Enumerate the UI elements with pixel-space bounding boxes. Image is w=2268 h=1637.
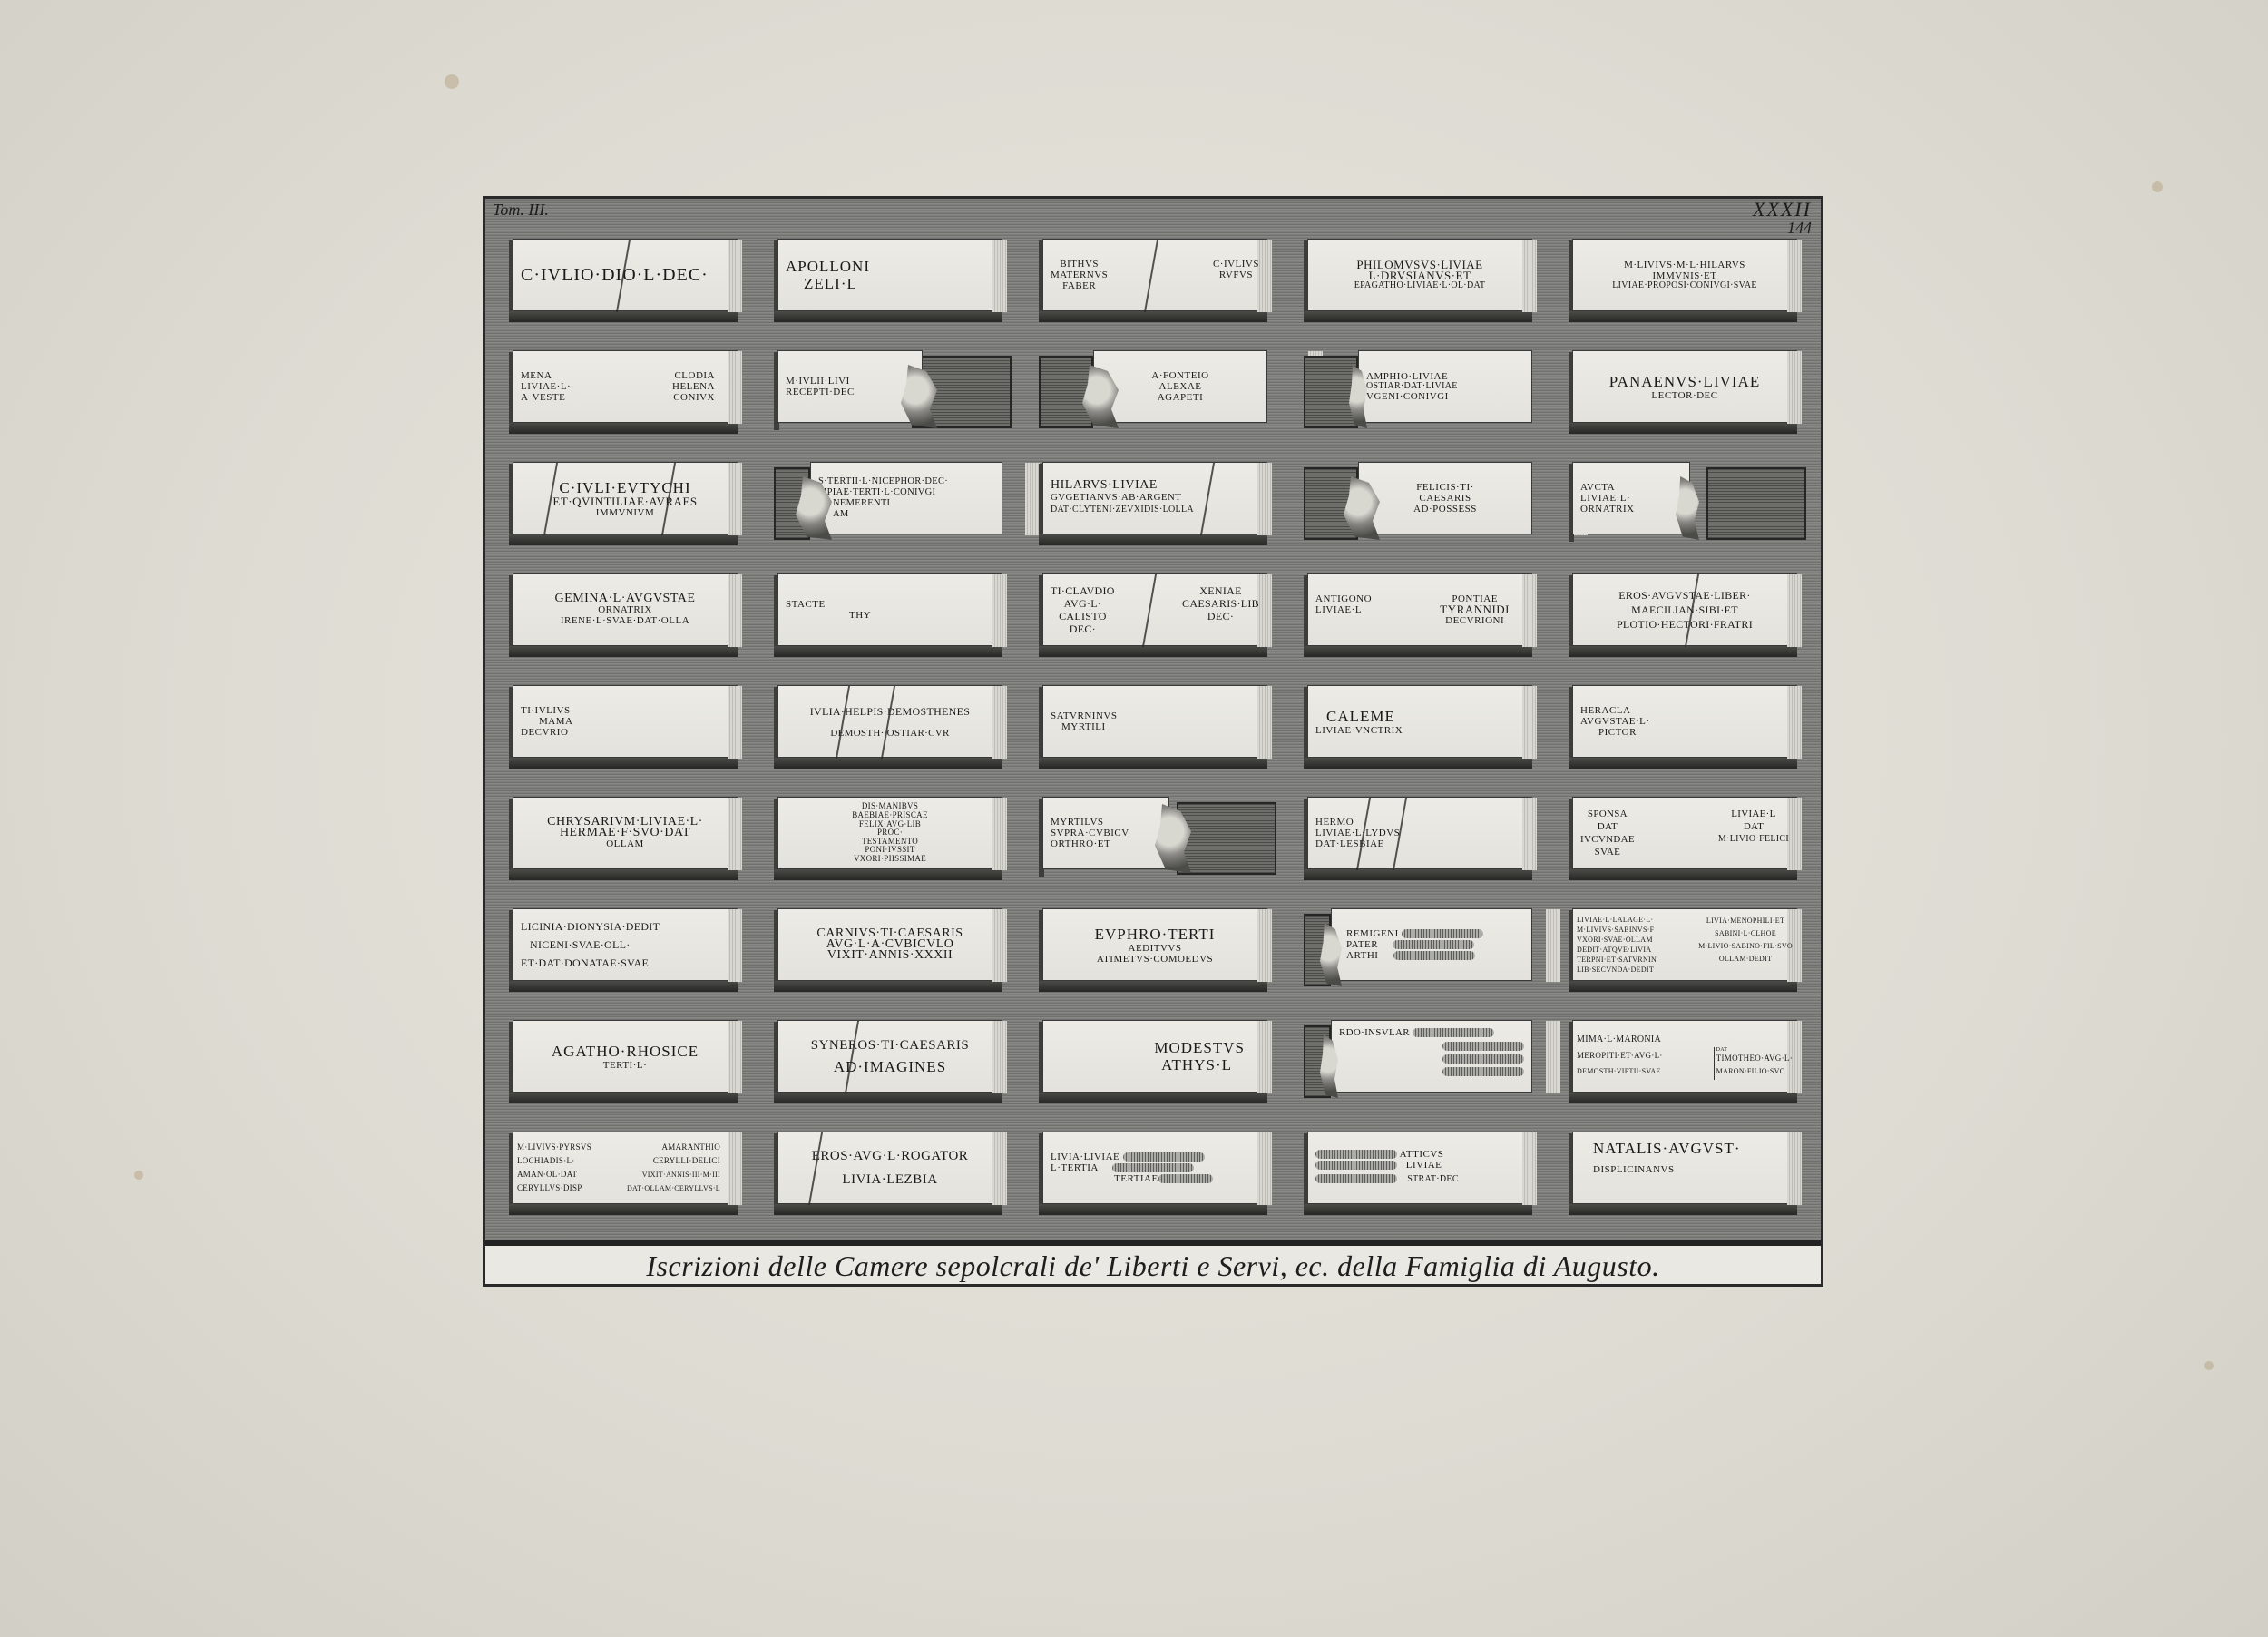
inscription-slab: AGATHO·RHOSICE TERTI·L· xyxy=(509,1020,747,1103)
inscription-slab: M·LIVIVS·M·L·HILARVS IMMVNIS·ET LIVIAE·P… xyxy=(1569,239,1806,322)
empty-niche xyxy=(1039,356,1093,428)
erased-text xyxy=(1442,1067,1524,1076)
empty-niche xyxy=(1304,356,1358,428)
inscription-slab: APOLLONI ZELI·L xyxy=(774,239,1012,322)
erased-text xyxy=(1442,1042,1524,1051)
inscription-slab: PHILOMVSVS·LIVIAE L·DRVSIANVS·ET EPAGATH… xyxy=(1304,239,1541,322)
inscription-slab: CHRYSARIVM·LIVIAE·L· HERMAE·F·SVO·DAT OL… xyxy=(509,797,747,880)
erased-text xyxy=(1413,1028,1494,1037)
inscription-slab-broken: MYRTILVS SVPRA·CVBICV ORTHRO·ET xyxy=(1039,797,1276,880)
inscription-slab: PANAENVS·LIVIAE LECTOR·DEC xyxy=(1569,350,1806,434)
inscription-slab: NATALIS·AVGVST· DISPLICINANVS xyxy=(1569,1132,1806,1215)
inscription-slab: HILARVS·LIVIAE GVGETIANVS·AB·ARGENT DAT·… xyxy=(1039,462,1276,545)
erased-text xyxy=(1315,1161,1397,1170)
inscription-grid: C·IVLIO·DIO·L·DEC· APOLLONI ZELI·L BITHV… xyxy=(509,239,1806,1215)
erased-text xyxy=(1112,1163,1194,1172)
inscription-slab: ANTIGONO LIVIAE·L PONTIAE TYRANNIDI DECV… xyxy=(1304,573,1541,657)
empty-niche xyxy=(1706,467,1806,540)
page-number: 144 xyxy=(1753,219,1812,237)
plate-caption: Iscrizioni delle Camere sepolcrali de' L… xyxy=(485,1244,1821,1286)
inscription-slab: MODESTVS ATHYS·L xyxy=(1039,1020,1276,1103)
plate-number: XXXII 144 xyxy=(1753,201,1812,237)
inscription-slab-broken: FELICIS·TI· CAESARIS AD·POSSESS xyxy=(1304,462,1541,545)
inscription-slab-broken: S·TERTII·L·NICEPHOR·DEC· MPIAE·TERTI·L·C… xyxy=(774,462,1012,545)
inscription-slab: EVPHRO·TERTI AEDITVVS ATIMETVS·COMOEDVS xyxy=(1039,908,1276,992)
inscription-slab-broken: RDO·INSVLAR xyxy=(1304,1020,1541,1103)
inscription-slab: LIVIAE·L·LALAGE·L· M·LIVIVS·SABINVS·F VX… xyxy=(1569,908,1806,992)
inscription-slab: SPONSA DAT IVCVNDAE SVAE LIVIAE·L DAT M·… xyxy=(1569,797,1806,880)
erased-text xyxy=(1393,940,1474,949)
inscription-slab-broken: AMPHIO·LIVIAE OSTIAR·DAT·LIVIAE VGENI·CO… xyxy=(1304,350,1541,434)
inscription-slab: EROS·AVG·L·ROGATOR LIVIA·LEZBIA xyxy=(774,1132,1012,1215)
volume-label: Tom. III. xyxy=(493,201,549,220)
erased-text xyxy=(1393,951,1475,960)
foxing-spot xyxy=(134,1171,143,1180)
erased-text xyxy=(1158,1174,1213,1183)
inscription-slab: C·IVLIO·DIO·L·DEC· xyxy=(509,239,747,322)
erased-text xyxy=(1442,1054,1524,1064)
inscription-slab: DIS·MANIBVS BAEBIAE·PRISCAE FELIX·AVG·LI… xyxy=(774,797,1012,880)
inscription-slab: HERMO LIVIAE·L·LYDVS DAT·LESBIAE xyxy=(1304,797,1541,880)
inscription-slab: ATTICVS LIVIAE STRAT·DEC xyxy=(1304,1132,1541,1215)
empty-niche xyxy=(1177,802,1276,875)
inscription-slab-broken: M·IVLII·LIVI RECEPTI·DEC xyxy=(774,350,1012,434)
inscription-slab: MENA LIVIAE·L· A·VESTE CLODIA HELENA CON… xyxy=(509,350,747,434)
inscription-slab: EROS·AVGVSTAE·LIBER· MAECILIAN·SIBI·ET P… xyxy=(1569,573,1806,657)
inscription-slab: BITHVS MATERNVS FABER C·IVLIVS RVFVS xyxy=(1039,239,1276,322)
engraved-plate: Tom. III. XXXII 144 C·IVLIO·DIO·L·DEC· A… xyxy=(483,196,1823,1287)
inscription-slab: C·IVLI·EVTYCHI ET·QVINTILIAE·AVRAES IMMV… xyxy=(509,462,747,545)
foxing-spot xyxy=(445,74,459,89)
foxing-spot xyxy=(2152,181,2163,192)
engraving-area: Tom. III. XXXII 144 C·IVLIO·DIO·L·DEC· A… xyxy=(485,199,1821,1244)
inscription-slab: LIVIA·LIVIAE L·TERTIA TERTIAE xyxy=(1039,1132,1276,1215)
inscription-slab: CALEME LIVIAE·VNCTRIX xyxy=(1304,685,1541,769)
inscription-slab-broken: AVCTA LIVIAE·L· ORNATRIX xyxy=(1569,462,1806,545)
inscription-slab: SATVRNINVS MYRTILI xyxy=(1039,685,1276,769)
inscription-slab: LICINIA·DIONYSIA·DEDIT NICENI·SVAE·OLL· … xyxy=(509,908,747,992)
erased-text xyxy=(1315,1150,1397,1159)
inscription-slab: IVLIA·HELPIS·DEMOSTHENES DEMOSTH· OSTIAR… xyxy=(774,685,1012,769)
inscription-slab: STACTE THY xyxy=(774,573,1012,657)
inscription-slab: MIMA·L·MARONIA MEROPITI·ET·AVG·L· DEMOST… xyxy=(1569,1020,1806,1103)
inscription-slab-broken: REMIGENI PATER ARTHI xyxy=(1304,908,1541,992)
inscription-slab: CARNIVS·TI·CAESARIS AVG·L·A·CVBICVLO VIX… xyxy=(774,908,1012,992)
foxing-spot xyxy=(2204,1361,2214,1370)
erased-text xyxy=(1315,1174,1397,1183)
erased-text xyxy=(1123,1152,1205,1162)
inscription-slab-broken: A·FONTEIO ALEXAE AGAPETI xyxy=(1039,350,1276,434)
inscription-slab: HERACLA AVGVSTAE·L· PICTOR xyxy=(1569,685,1806,769)
inscription-slab: GEMINA·L·AVGVSTAE ORNATRIX IRENE·L·SVAE·… xyxy=(509,573,747,657)
inscription-slab: TI·IVLIVS MAMA DECVRIO xyxy=(509,685,747,769)
inscription-slab: M·LIVIVS·PYRSVS LOCHIADIS·L· AMAN·OL·DAT… xyxy=(509,1132,747,1215)
inscription-slab: TI·CLAVDIO AVG·L· CALISTO DEC· XENIAE CA… xyxy=(1039,573,1276,657)
erased-text xyxy=(1402,929,1483,938)
inscription-slab: SYNEROS·TI·CAESARIS AD·IMAGINES xyxy=(774,1020,1012,1103)
plate-roman-numeral: XXXII xyxy=(1753,201,1812,219)
